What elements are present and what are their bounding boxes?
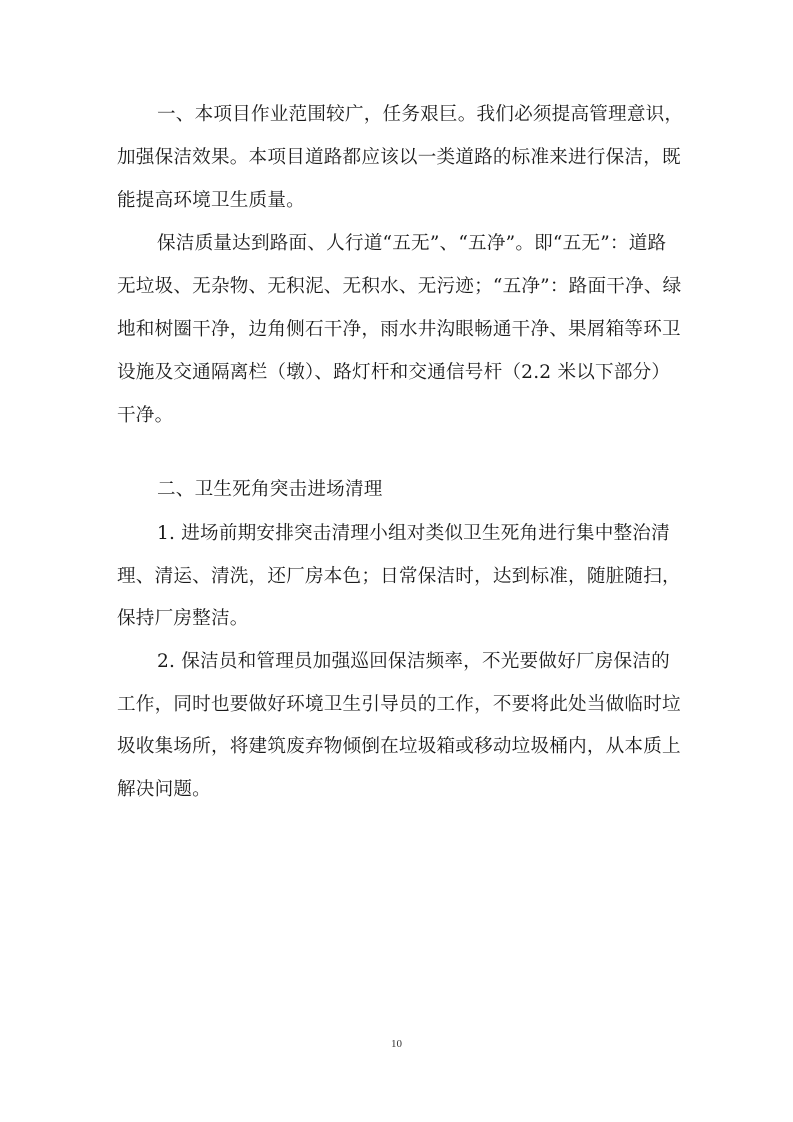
text-line: 能提高环境卫生质量。 [117, 189, 677, 213]
section-heading: 二、卫生死角突击进场清理 [157, 478, 717, 502]
text-line: 设施及交通隔离栏（墩）、路灯杆和交通信号杆（2.2 米以下部分） [117, 361, 677, 385]
document-page: 一、本项目作业范围较广，任务艰巨。我们必须提高管理意识， 加强保洁效果。本项目道… [0, 0, 793, 1122]
text-line: 圾收集场所，将建筑废弃物倾倒在垃圾箱或移动垃圾桶内，从本质上 [117, 735, 677, 759]
text-line: 理、清运、清洗，还厂房本色；日常保洁时，达到标准，随脏随扫， [117, 565, 677, 589]
text-line: 一、本项目作业范围较广，任务艰巨。我们必须提高管理意识， [157, 103, 717, 127]
text-line: 保持厂房整洁。 [117, 607, 677, 631]
text-line: 工作，同时也要做好环境卫生引导员的工作，不要将此处当做临时垃 [117, 693, 677, 717]
text-line: 保洁质量达到路面、人行道“五无”、“五净”。即“五无”：道路 [157, 232, 717, 256]
text-line: 无垃圾、无杂物、无积泥、无积水、无污迹；“五净”：路面干净、绿 [117, 275, 677, 299]
page-number: 10 [0, 1038, 793, 1050]
text-line: 加强保洁效果。本项目道路都应该以一类道路的标准来进行保洁，既 [117, 146, 677, 170]
text-line: 2. 保洁员和管理员加强巡回保洁频率，不光要做好厂房保洁的 [157, 650, 717, 674]
text-line: 地和树圈干净，边角侧石干净，雨水井沟眼畅通干净、果屑箱等环卫 [117, 318, 677, 342]
text-line: 解决问题。 [117, 778, 677, 802]
text-line: 1. 进场前期安排突击清理小组对类似卫生死角进行集中整治清 [157, 522, 717, 546]
text-line: 干净。 [117, 404, 677, 428]
